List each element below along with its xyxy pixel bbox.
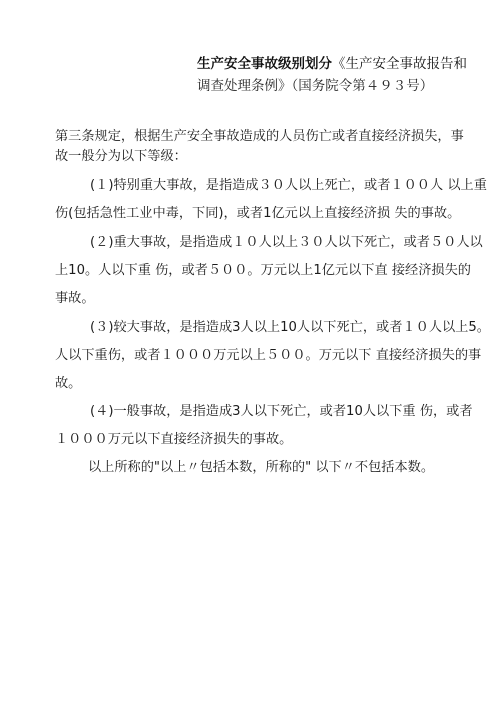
paragraph-line: (４)一般事故，是指造成3人以下死亡，或者10人以下重 伤，或者 bbox=[55, 398, 470, 426]
level-1-paragraph: (１)特别重大事故，是指造成３０人以上死亡，或者１００人 以上重 伤(包括急性工… bbox=[55, 172, 470, 228]
title-line-2: 调查处理条例》（国务院令第４９３号） bbox=[197, 75, 467, 97]
paragraph-line: 事故。 bbox=[55, 285, 470, 313]
title-line-1: 生产安全事故级别划分《生产安全事故报告和 bbox=[197, 53, 467, 75]
paragraph-line: １０００万元以下直接经济损失的事故。 bbox=[55, 426, 470, 454]
paragraph-line: 故。 bbox=[55, 370, 470, 398]
definition-note: 以上所称的"以上〃包括本数，所称的" 以下〃不包括本数。 bbox=[88, 454, 500, 482]
level-4-paragraph: (４)一般事故，是指造成3人以下死亡，或者10人以下重 伤，或者 １０００万元以… bbox=[55, 398, 470, 454]
level-2-paragraph: (２)重大事故，是指造成１０人以上３０人以下死亡，或者５０人以 上10。人以下重… bbox=[55, 229, 470, 313]
paragraph-line: 上10。人以下重 伤，或者５００。万元以上1亿元以下直 接经济损失的 bbox=[55, 257, 470, 285]
intro-line-1: 第三条规定，根据生产安全事故造成的人员伤亡或者直接经济损失，事 bbox=[55, 127, 470, 147]
document-page: 生产安全事故级别划分《生产安全事故报告和 调查处理条例》（国务院令第４９３号） … bbox=[0, 0, 500, 707]
intro-line-2: 故一般分为以下等级： bbox=[55, 147, 470, 167]
title-regulation-name: 《生产安全事故报告和 bbox=[332, 56, 467, 72]
paragraph-line: (１)特别重大事故，是指造成３０人以上死亡，或者１００人 以上重 bbox=[55, 172, 470, 200]
paragraph-line: (３)较大事故，是指造成3人以上10人以下死亡，或者１０人以上5。 bbox=[55, 314, 470, 342]
title-bold: 生产安全事故级别划分 bbox=[197, 56, 332, 72]
paragraph-line: (２)重大事故，是指造成１０人以上３０人以下死亡，或者５０人以 bbox=[55, 229, 470, 257]
paragraph-line: 人以下重伤，或者１０００万元以上５００。万元以下 直接经济损失的事 bbox=[55, 342, 470, 370]
document-title: 生产安全事故级别划分《生产安全事故报告和 调查处理条例》（国务院令第４９３号） bbox=[197, 53, 467, 97]
level-3-paragraph: (３)较大事故，是指造成3人以上10人以下死亡，或者１０人以上5。 人以下重伤，… bbox=[55, 314, 470, 398]
paragraph-line: 伤(包括急性工业中毒，下同)，或者1亿元以上直接经济损 失的事故。 bbox=[55, 200, 470, 228]
intro-paragraph: 第三条规定，根据生产安全事故造成的人员伤亡或者直接经济损失，事 故一般分为以下等… bbox=[55, 127, 470, 167]
